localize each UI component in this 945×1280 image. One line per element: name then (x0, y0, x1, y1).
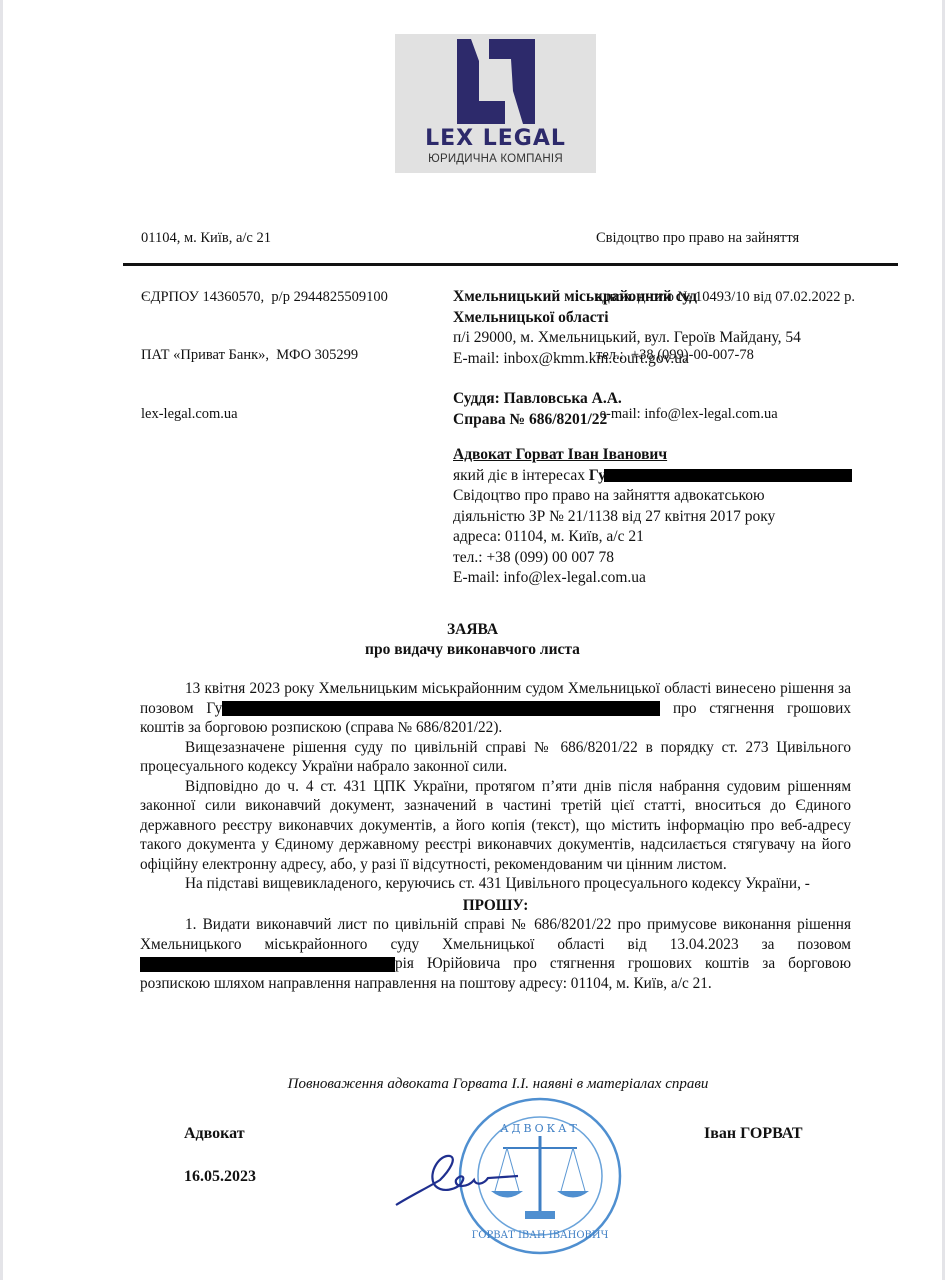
signature-date: 16.05.2023 (184, 1168, 256, 1186)
sender-address: адреса: 01104, м. Київ, а/с 21 (453, 527, 852, 548)
letterhead-website: lex-legal.com.ua (141, 405, 388, 425)
redacted-client-name (604, 469, 852, 482)
handwritten-signature-icon (392, 1150, 522, 1210)
svg-text:ГОРВАТ ІВАН ІВАНОВИЧ: ГОРВАТ ІВАН ІВАНОВИЧ (472, 1230, 609, 1241)
signatory-name: Іван ГОРВАТ (704, 1125, 803, 1143)
sender-block: Адвокат Горват Іван Іванович який діє в … (453, 445, 852, 589)
paragraph-2: Вищезазначене рішення суду по цивільній … (140, 738, 851, 777)
court-name: Хмельницький міськрайонний суд (453, 287, 801, 308)
case-number: Справа № 686/8201/22 (453, 410, 801, 431)
judge: Суддя: Павловська А.А. (453, 389, 801, 410)
request-item-1: 1. Видати виконавчий лист по цивільній с… (140, 915, 851, 993)
paragraph-4: На підставі вищевикладеного, керуючись с… (140, 874, 851, 894)
acting-on-behalf: який діє в інтересах Гу (453, 466, 852, 487)
authority-note: Повноваження адвоката Горвата І.І. наявн… (0, 1076, 945, 1093)
sender-certificate-line2: діяльністю ЗР № 21/1138 від 27 квітня 20… (453, 507, 852, 528)
letterhead-certificate: Свідоцтво про право на зайняття (596, 229, 855, 249)
request-heading: ПРОШУ: (140, 896, 851, 916)
sender-certificate-line1: Свідоцтво про право на зайняття адвокатс… (453, 486, 852, 507)
lex-legal-logo-mark-icon (457, 39, 535, 124)
sender-email: E-mail: info@lex-legal.com.ua (453, 568, 852, 589)
sender-phone: тел.: +38 (099) 00 007 78 (453, 548, 852, 569)
court-email: E-mail: inbox@kmm.km.court.gov.ua (453, 349, 801, 370)
court-region: Хмельницької області (453, 308, 801, 329)
svg-text:АДВОКАТ: АДВОКАТ (500, 1122, 580, 1135)
letterhead-address: 01104, м. Київ, а/с 21 (141, 229, 388, 249)
signatory-role: Адвокат (184, 1125, 245, 1143)
logo-title: LEX LEGAL (395, 126, 596, 151)
letterhead-divider (123, 263, 898, 266)
paragraph-1: 13 квітня 2023 року Хмельницьким міськра… (140, 679, 851, 738)
item1-start: 1. Видати виконавчий лист по цивільній с… (140, 916, 851, 953)
company-logo: LEX LEGAL ЮРИДИЧНА КОМПАНІЯ (395, 34, 596, 173)
document-title: ЗАЯВА (0, 620, 945, 640)
acting-prefix: який діє в інтересах (453, 467, 589, 484)
sender-name: Адвокат Горват Іван Іванович (453, 445, 852, 466)
letterhead-bank: ПАТ «Приват Банк», МФО 305299 (141, 346, 388, 366)
logo-subtitle: ЮРИДИЧНА КОМПАНІЯ (395, 153, 596, 165)
redacted-parties (222, 701, 660, 716)
redacted-parties-2 (140, 957, 395, 972)
letterhead-edrpou: ЄДРПОУ 14360570, р/р 2944825509100 (141, 288, 388, 308)
document-body: 13 квітня 2023 року Хмельницьким міськра… (140, 679, 851, 993)
letterhead-left: 01104, м. Київ, а/с 21 ЄДРПОУ 14360570, … (141, 190, 388, 444)
document-subtitle: про видачу виконавчого листа (0, 640, 945, 660)
recipient-block: Хмельницький міськрайонний суд Хмельниць… (453, 287, 801, 430)
paragraph-3: Відповідно до ч. 4 ст. 431 ЦПК України, … (140, 777, 851, 875)
court-address: п/і 29000, м. Хмельницький, вул. Героїв … (453, 328, 801, 349)
